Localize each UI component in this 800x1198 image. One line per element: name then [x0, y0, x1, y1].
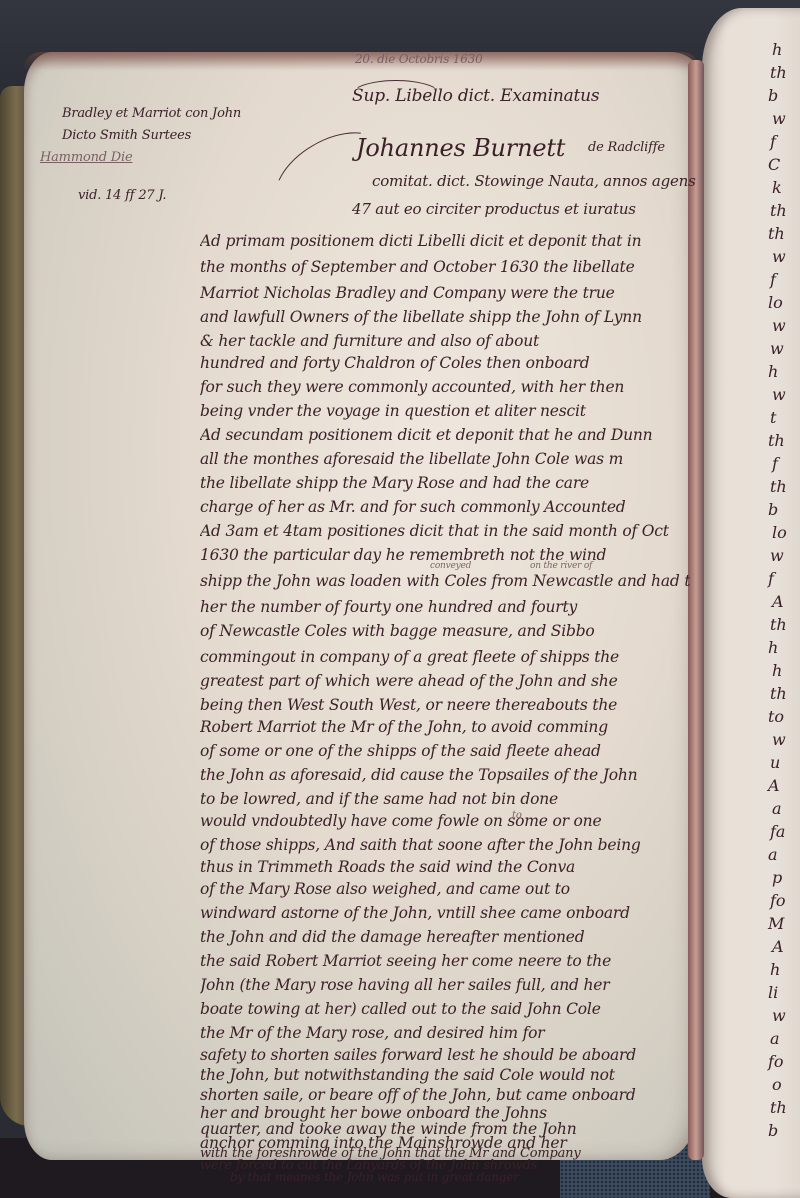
facing-page-fragment: th — [770, 201, 787, 220]
body-line: Robert Marriot the Mr of the John, to av… — [200, 718, 690, 736]
body-line: shorten saile, or beare off of the John,… — [200, 1086, 690, 1104]
facing-page-fragment: f — [772, 454, 778, 473]
facing-page-fragment: fa — [770, 822, 785, 841]
margin-note-case-title: Bradley et Marriot con John — [62, 106, 241, 121]
facing-page-fragment: b — [768, 86, 778, 105]
body-line: Ad 3am et 4tam positiones dicit that in … — [200, 522, 690, 540]
facing-page-fragment: w — [772, 1006, 786, 1025]
facing-page-fragment: p — [772, 868, 782, 887]
body-line: by that meanes the John was put in great… — [230, 1170, 720, 1184]
facing-page-fragment: w — [772, 730, 786, 749]
facing-page-fragment: th — [770, 1098, 787, 1117]
body-line: the libellate shipp the Mary Rose and ha… — [200, 474, 690, 492]
facing-page-fragment: w — [770, 339, 784, 358]
body-line: Marriot Nicholas Bradley and Company wer… — [200, 284, 690, 302]
body-line: all the monthes aforesaid the libellate … — [200, 450, 690, 468]
facing-page-fragment: li — [768, 983, 778, 1002]
body-line: to be lowred, and if the same had not bi… — [200, 790, 690, 808]
facing-page-fragment: h — [772, 661, 782, 680]
margin-note-line-2: Dicto Smith Surtees — [62, 128, 191, 143]
body-line: charge of her as Mr. and for such common… — [200, 498, 690, 516]
body-line: commingout in company of a great fleete … — [200, 648, 690, 666]
body-line: the John as aforesaid, did cause the Top… — [200, 766, 690, 784]
deponent-description: comitat. dict. Stowinge Nauta, annos age… — [372, 172, 696, 190]
margin-note-folio: vid. 14 ff 27 J. — [78, 188, 166, 203]
body-line: for such they were commonly accounted, w… — [200, 378, 690, 396]
body-line: windward astorne of the John, vntill she… — [200, 904, 690, 922]
deponent-parish: de Radcliffe — [588, 140, 665, 155]
facing-page-fragment: th — [770, 477, 787, 496]
facing-page-fragment: o — [772, 1075, 782, 1094]
facing-page-fragment: lo — [768, 293, 783, 312]
facing-page-fragment: w — [772, 247, 786, 266]
body-line: being then West South West, or neere the… — [200, 696, 690, 714]
facing-page-fragment: fo — [770, 891, 786, 910]
body-line: the months of September and October 1630… — [200, 258, 690, 276]
body-line: her the number of fourty one hundred and… — [200, 598, 690, 616]
facing-page-fragment: b — [768, 1121, 778, 1140]
interlineation: to — [512, 810, 800, 821]
flourish-underline-icon — [350, 80, 442, 112]
body-line: of Newcastle Coles with bagge measure, a… — [200, 622, 690, 640]
body-line: Ad secundam positionem dicit et deponit … — [200, 426, 690, 444]
body-line: of some or one of the shipps of the said… — [200, 742, 690, 760]
body-line: the Mr of the Mary rose, and desired him… — [200, 1024, 690, 1042]
facing-page-fragment: f — [770, 270, 776, 289]
body-line: the John and did the damage hereafter me… — [200, 928, 690, 946]
facing-page-fragment: to — [768, 707, 784, 726]
facing-page-fragment: u — [770, 753, 780, 772]
deponent-age-oath: 47 aut eo circiter productus et iuratus — [352, 200, 636, 218]
facing-page-fragment: fo — [768, 1052, 784, 1071]
facing-page-fragment: b — [768, 500, 778, 519]
facing-page-fragment: C — [768, 155, 780, 174]
facing-page-fragment: h — [772, 40, 782, 59]
deponent-name: Johannes Burnett — [356, 134, 565, 162]
body-line: of the Mary Rose also weighed, and came … — [200, 880, 690, 898]
facing-page-fragment: h — [768, 362, 778, 381]
body-line: being vnder the voyage in question et al… — [200, 402, 690, 420]
body-line: greatest part of which were ahead of the… — [200, 672, 690, 690]
facing-page-fragment: a — [770, 1029, 780, 1048]
facing-page-fragment: w — [770, 546, 784, 565]
facing-page-fragment: a — [768, 845, 778, 864]
facing-page-fragment: t — [770, 408, 776, 427]
body-line: thus in Trimmeth Roads the said wind the… — [200, 858, 690, 876]
facing-page-fragment: th — [770, 684, 787, 703]
body-line: shipp the John was loaden with Coles fro… — [200, 572, 690, 590]
body-line: safety to shorten sailes forward lest he… — [200, 1046, 690, 1064]
facing-page-fragment: a — [772, 799, 782, 818]
body-line: and lawfull Owners of the libellate ship… — [200, 308, 690, 326]
body-line: & her tackle and furniture and also of a… — [200, 332, 690, 350]
facing-page-fragment: th — [768, 224, 785, 243]
facing-page-fragment: f — [768, 569, 774, 588]
facing-page-fragment: h — [768, 638, 778, 657]
facing-page-fragment: th — [770, 63, 787, 82]
margin-note-line-3: Hammond Die — [40, 150, 132, 165]
facing-page-fragment: th — [770, 615, 787, 634]
facing-page-fragment: A — [768, 776, 780, 795]
facing-page-fragment: lo — [772, 523, 787, 542]
body-line: the John, but notwithstanding the said C… — [200, 1066, 690, 1084]
facing-page-fragment: A — [772, 592, 784, 611]
body-line: Ad primam positionem dicti Libelli dicit… — [200, 232, 690, 250]
facing-page-fragment: h — [770, 960, 780, 979]
facing-page-fragment: A — [772, 937, 784, 956]
body-line: John (the Mary rose having all her saile… — [200, 976, 690, 994]
facing-page-fragment: th — [768, 431, 785, 450]
deposition-date: 20. die Octobris 1630 — [355, 52, 483, 66]
facing-page-fragment: k — [772, 178, 782, 197]
facing-page-fragment: f — [770, 132, 776, 151]
binding-gutter — [688, 60, 704, 1160]
body-line: boate towing at her) called out to the s… — [200, 1000, 690, 1018]
facing-page-fragment: w — [772, 385, 786, 404]
body-line: hundred and forty Chaldron of Coles then… — [200, 354, 690, 372]
facing-page-fragment: M — [768, 914, 784, 933]
facing-page-fragment: w — [772, 316, 786, 335]
body-line: of those shipps, And saith that soone af… — [200, 836, 690, 854]
body-line: the said Robert Marriot seeing her come … — [200, 952, 690, 970]
interlineation: on the river of — [530, 561, 800, 571]
facing-page-fragment: w — [772, 109, 786, 128]
